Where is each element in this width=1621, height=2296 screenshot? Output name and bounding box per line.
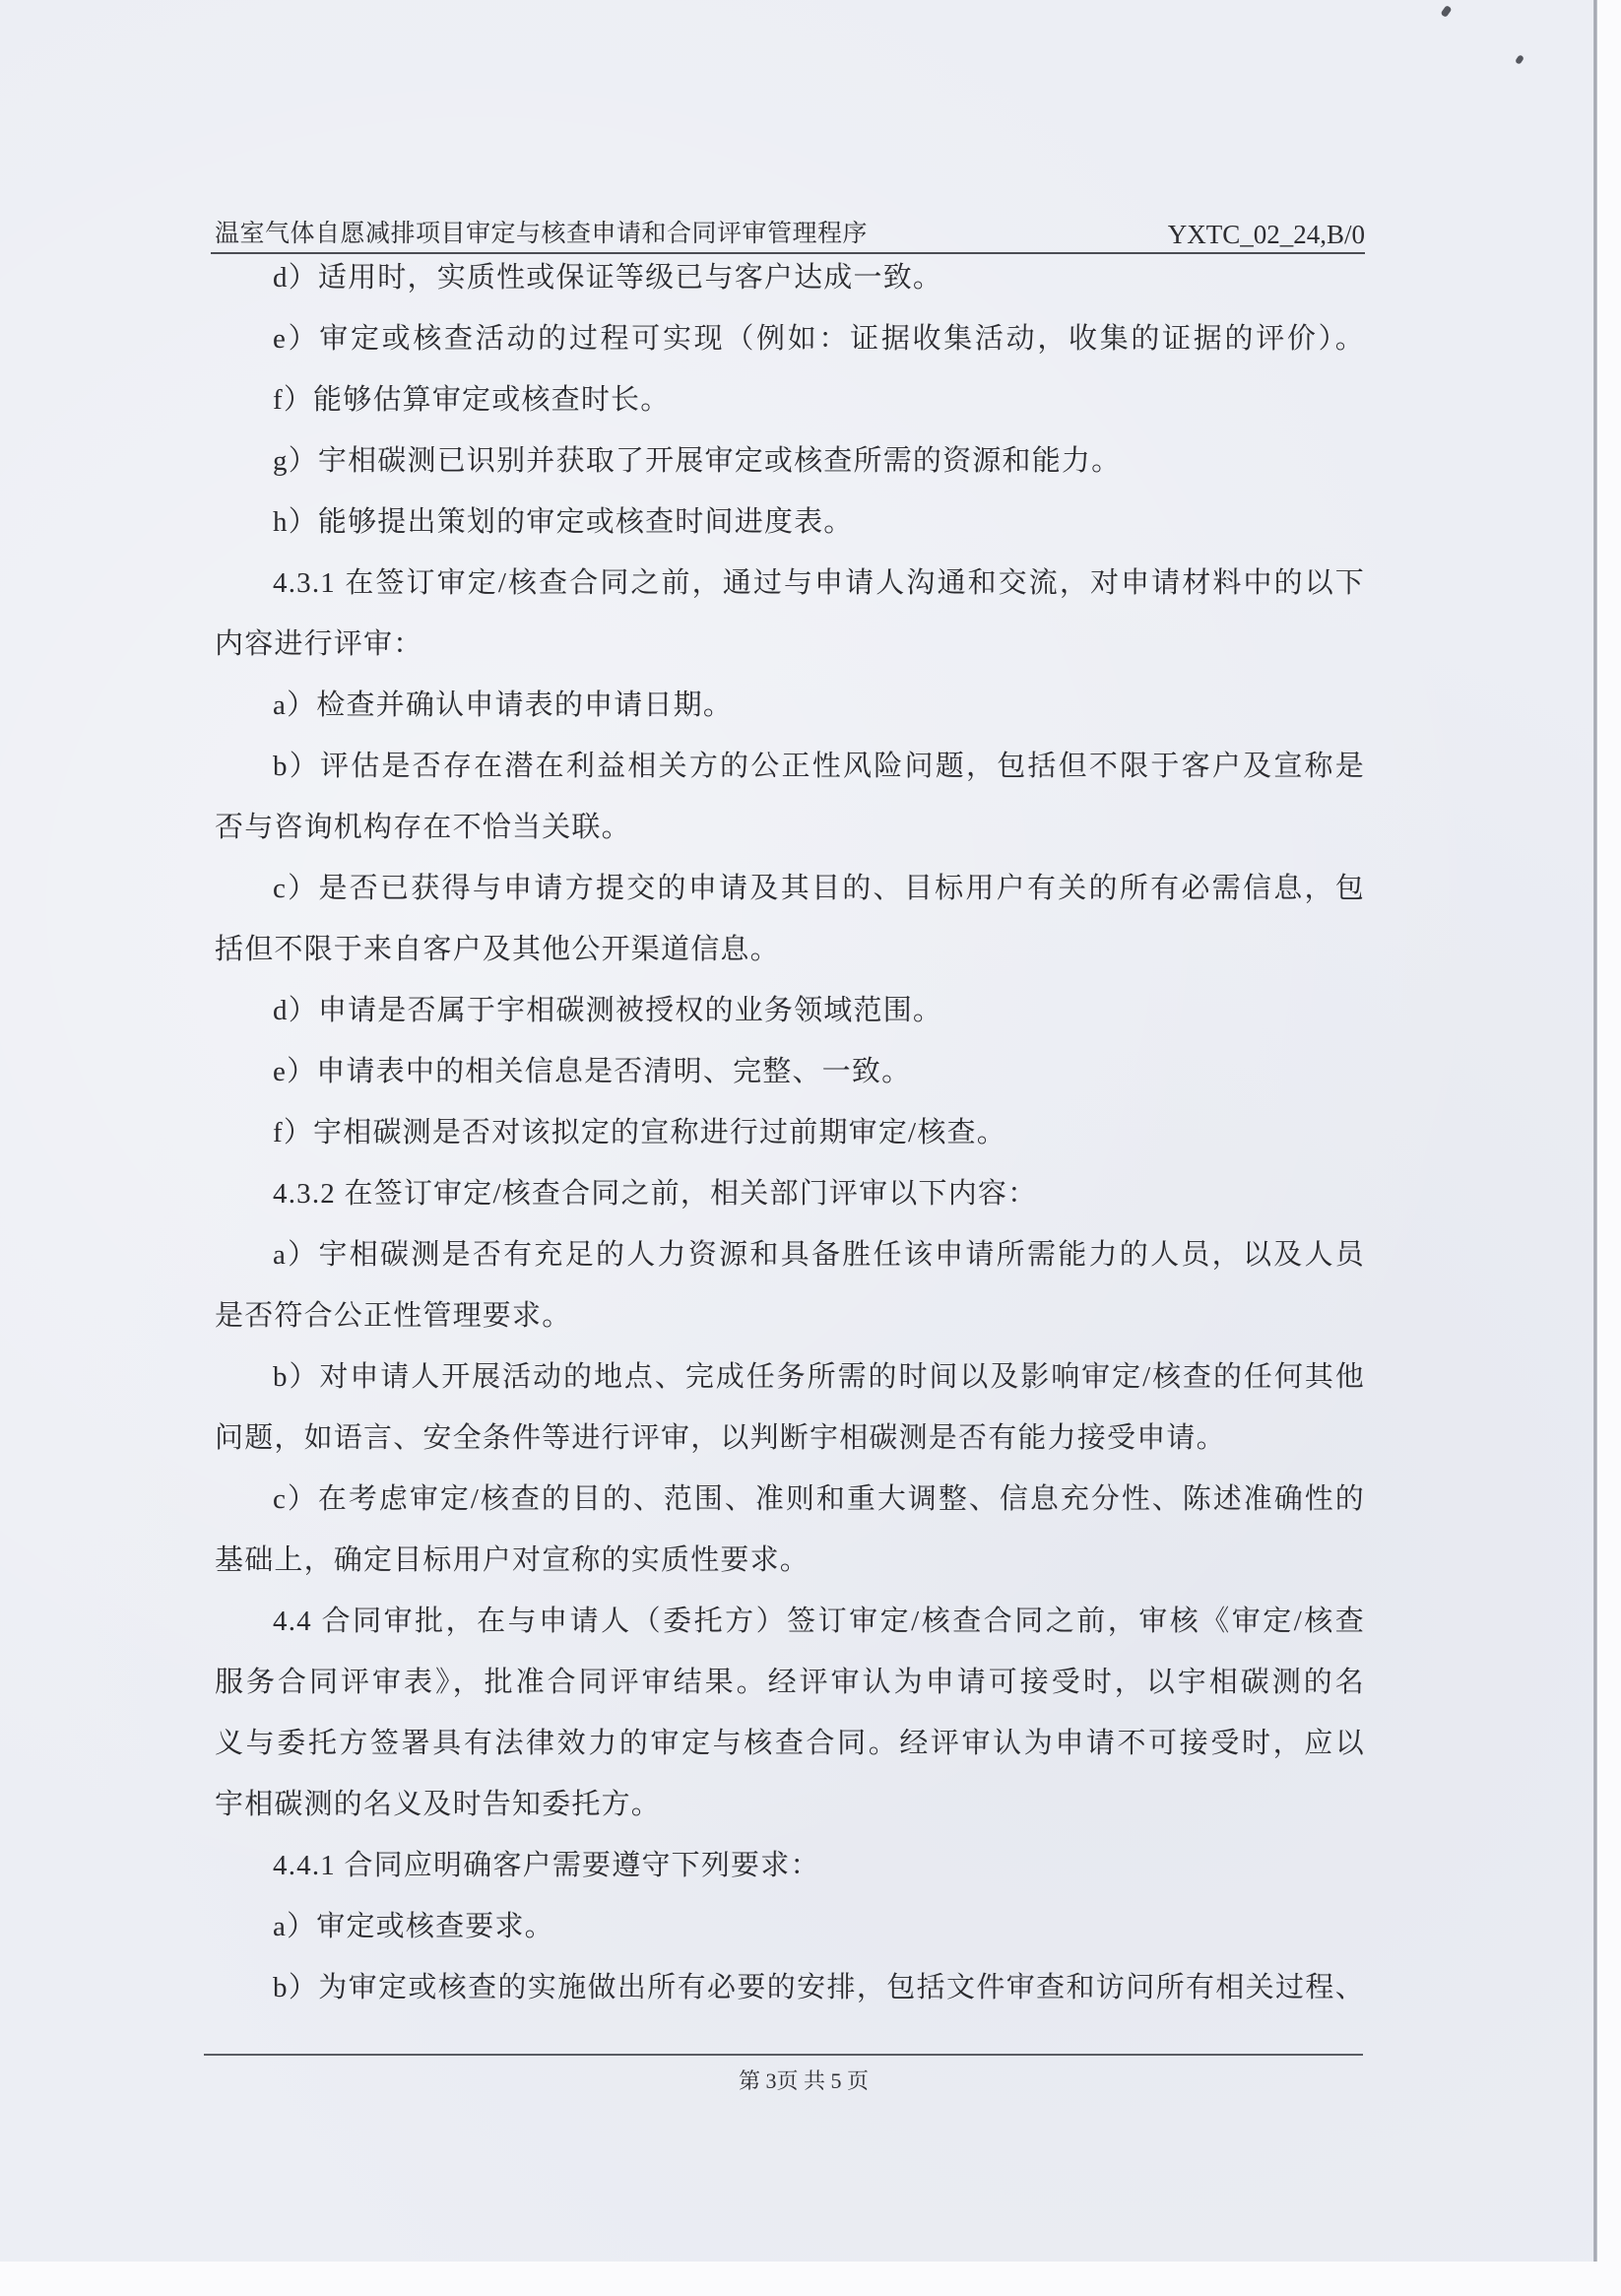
text-line: e）审定或核查活动的过程可实现（例如：证据收集活动，收集的证据的评价）。	[215, 308, 1365, 369]
text-line: f）宇相碳测是否对该拟定的宣称进行过前期审定/核查。	[215, 1102, 1365, 1163]
text-line: d）适用时，实质性或保证等级已与客户达成一致。	[215, 247, 1365, 308]
document-title: 温室气体自愿减排项目审定与核查申请和合同评审管理程序	[215, 219, 868, 250]
document-page: 温室气体自愿减排项目审定与核查申请和合同评审管理程序 YXTC_02_24,B/…	[0, 0, 1595, 2262]
text-line: 宇相碳测的名义及时告知委托方。	[215, 1774, 1365, 1835]
scan-margin-bottom	[0, 2262, 1621, 2296]
text-line: a）检查并确认申请表的申请日期。	[215, 675, 1365, 736]
text-line: 服务合同评审表》，批准合同评审结果。经评审认为申请可接受时，以宇相碳测的名	[215, 1652, 1365, 1713]
text-line: a）审定或核查要求。	[215, 1896, 1365, 1957]
text-line: b）对申请人开展活动的地点、完成任务所需的时间以及影响审定/核查的任何其他	[215, 1346, 1365, 1408]
scan-margin-right	[1597, 0, 1621, 2296]
text-line: 4.3.2 在签订审定/核查合同之前，相关部门评审以下内容：	[215, 1163, 1365, 1224]
text-line: 括但不限于来自客户及其他公开渠道信息。	[215, 919, 1365, 980]
text-line: 否与咨询机构存在不恰当关联。	[215, 797, 1365, 858]
scan-speck-mark	[1440, 5, 1452, 18]
text-line: b）为审定或核查的实施做出所有必要的安排，包括文件审查和访问所有相关过程、	[215, 1957, 1365, 2018]
text-line: a）宇相碳测是否有充足的人力资源和具备胜任该申请所需能力的人员，以及人员	[215, 1224, 1365, 1285]
text-line: h）能够提出策划的审定或核查时间进度表。	[215, 492, 1365, 553]
text-line: 基础上，确定目标用户对宣称的实质性要求。	[215, 1530, 1365, 1591]
text-line: e）申请表中的相关信息是否清明、完整、一致。	[215, 1041, 1365, 1102]
document-body: d）适用时，实质性或保证等级已与客户达成一致。e）审定或核查活动的过程可实现（例…	[215, 247, 1365, 2018]
text-line: 问题，如语言、安全条件等进行评审，以判断宇相碳测是否有能力接受申请。	[215, 1408, 1365, 1469]
text-line: f）能够估算审定或核查时长。	[215, 369, 1365, 430]
text-line: 4.4.1 合同应明确客户需要遵守下列要求：	[215, 1835, 1365, 1896]
text-line: 是否符合公正性管理要求。	[215, 1285, 1365, 1346]
page-number: 第 3页 共 5 页	[725, 2066, 882, 2096]
text-line: 内容进行评审：	[215, 614, 1365, 675]
footer-divider	[204, 2054, 1363, 2056]
text-line: 4.3.1 在签订审定/核查合同之前，通过与申请人沟通和交流，对申请材料中的以下	[215, 553, 1365, 614]
scan-speck-mark	[1515, 54, 1524, 65]
text-line: b）评估是否存在潜在利益相关方的公正性风险问题，包括但不限于客户及宣称是	[215, 736, 1365, 797]
text-line: d）申请是否属于宇相碳测被授权的业务领域范围。	[215, 980, 1365, 1041]
text-line: 义与委托方签署具有法律效力的审定与核查合同。经评审认为申请不可接受时，应以	[215, 1713, 1365, 1774]
text-line: c）是否已获得与申请方提交的申请及其目的、目标用户有关的所有必需信息，包	[215, 858, 1365, 919]
text-line: g）宇相碳测已识别并获取了开展审定或核查所需的资源和能力。	[215, 430, 1365, 492]
document-code: YXTC_02_24,B/0	[1168, 219, 1365, 250]
text-line: c）在考虑审定/核查的目的、范围、准则和重大调整、信息充分性、陈述准确性的	[215, 1469, 1365, 1530]
text-line: 4.4 合同审批，在与申请人（委托方）签订审定/核查合同之前，审核《审定/核查	[215, 1591, 1365, 1652]
